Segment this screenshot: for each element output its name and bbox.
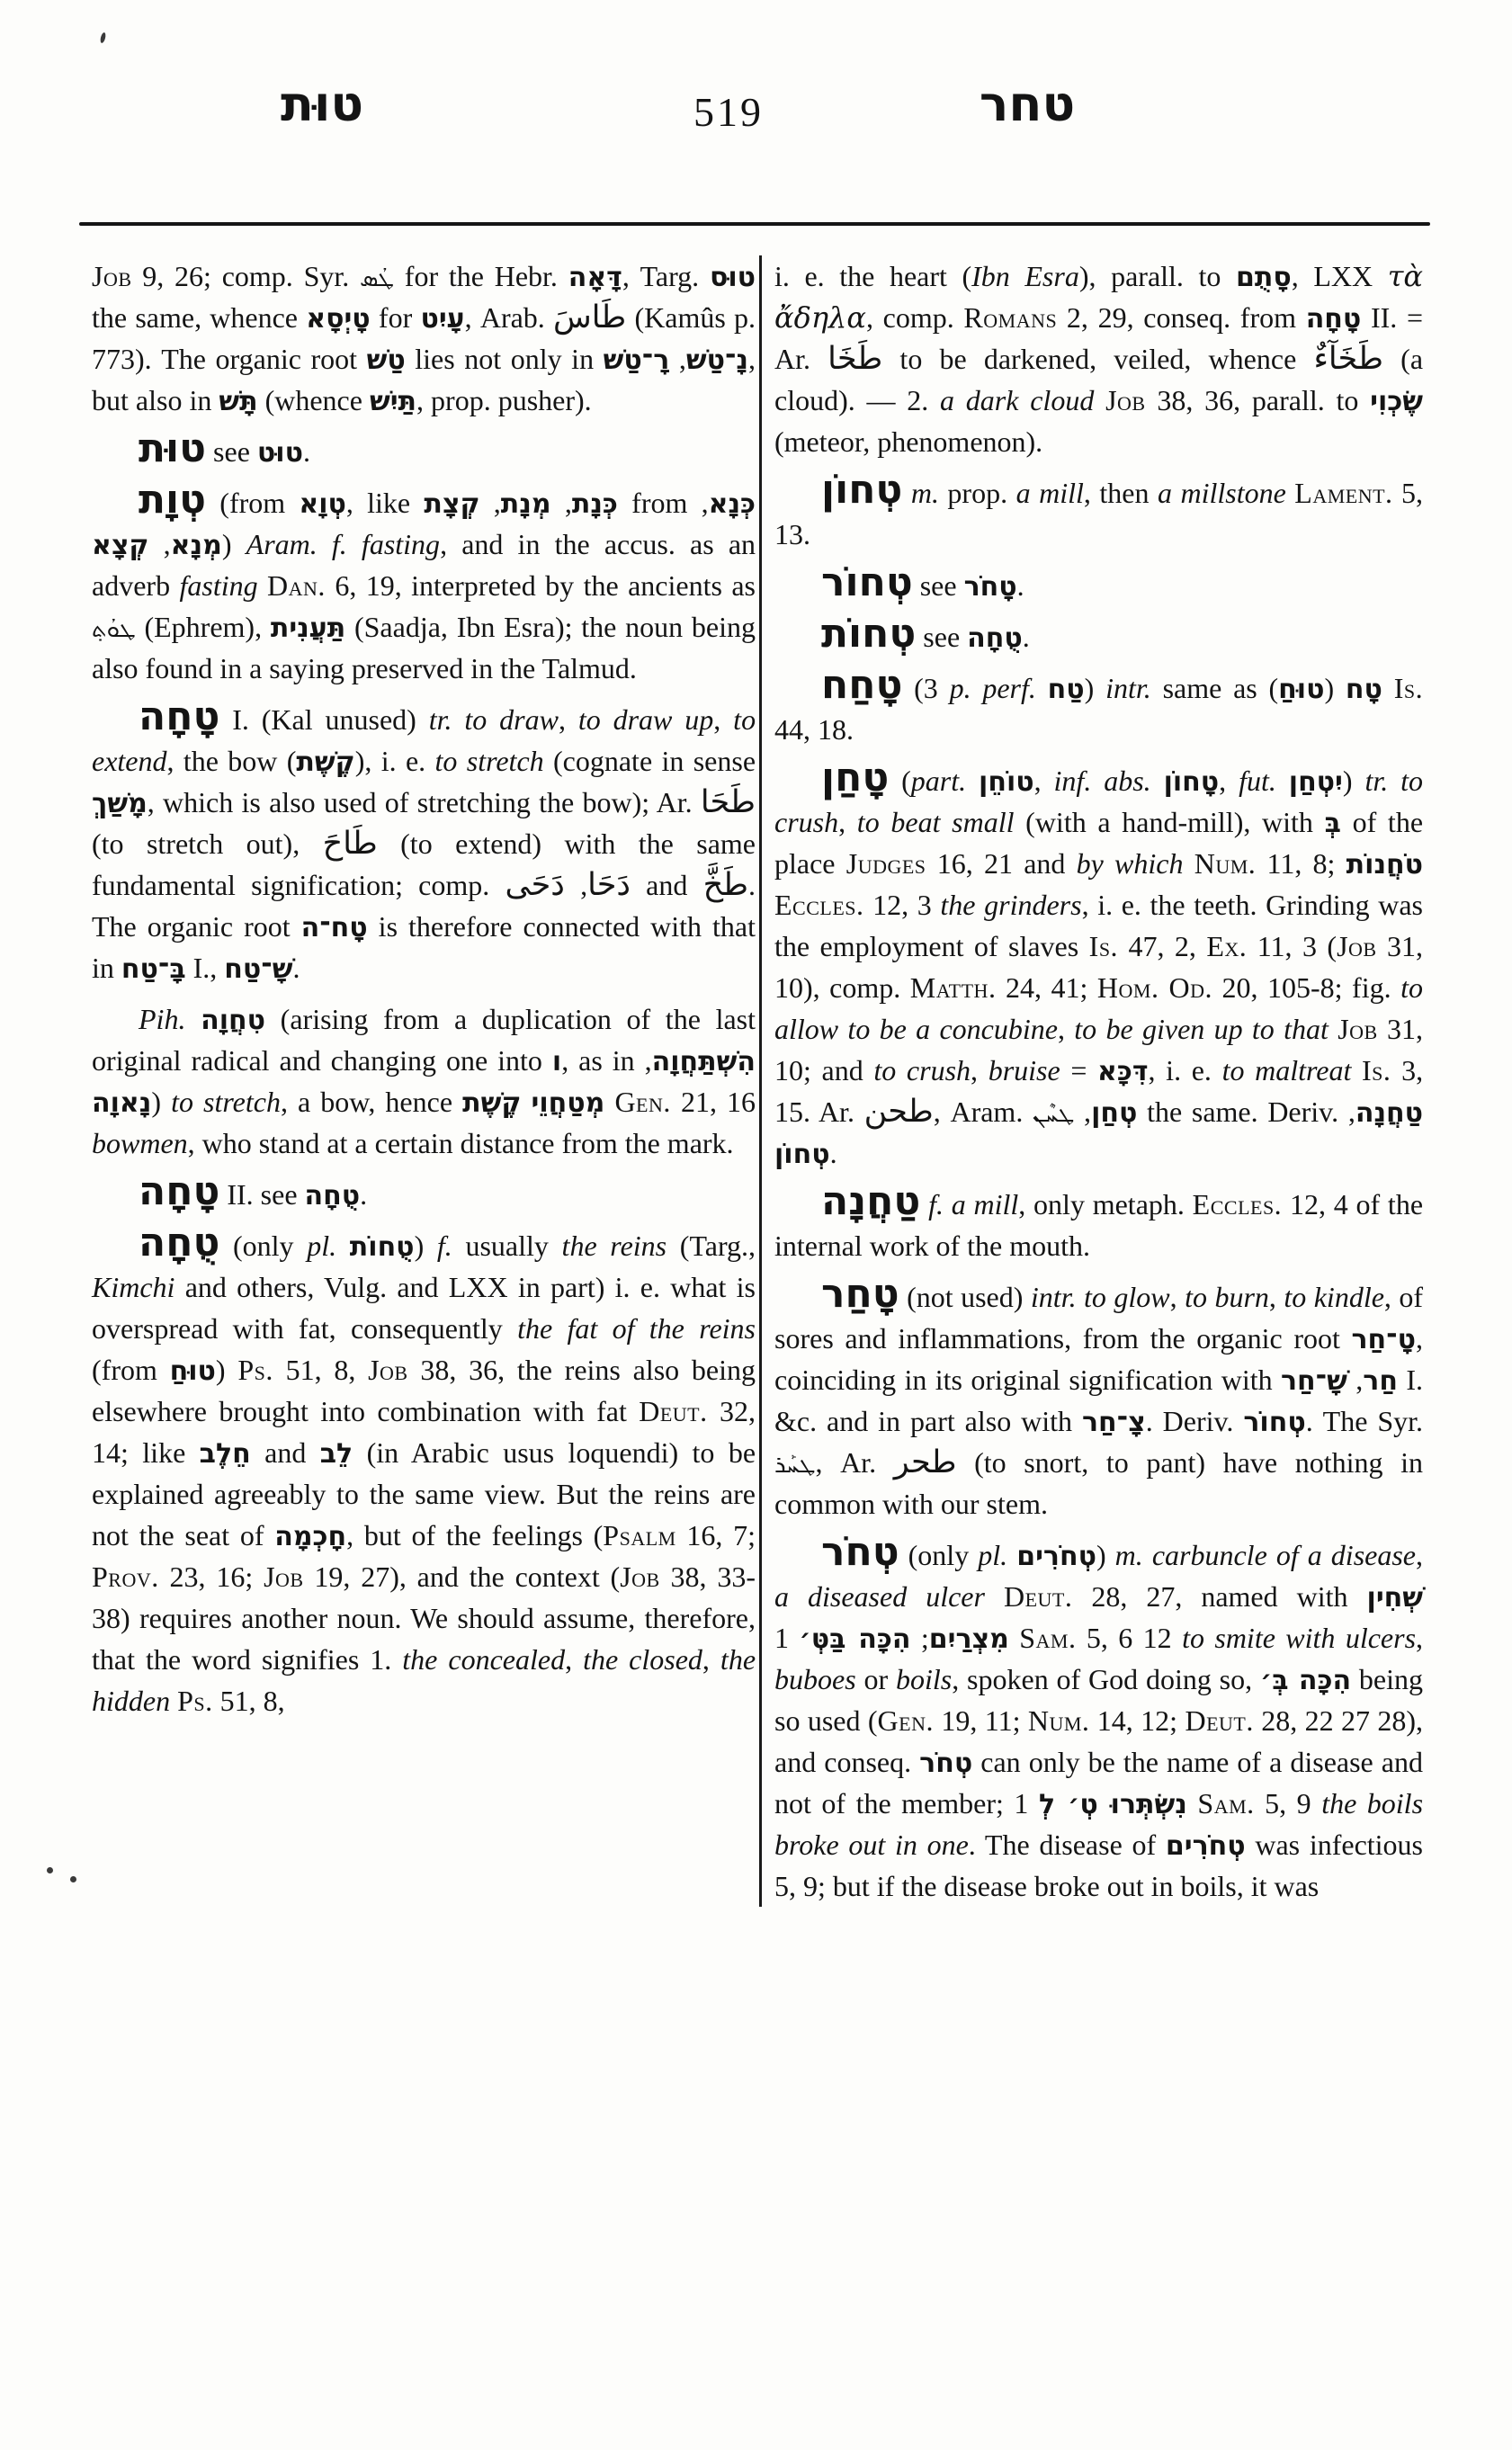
reference-abbrev: Ps. bbox=[177, 1685, 213, 1717]
text-run: (only bbox=[219, 1229, 307, 1262]
text-run: 2, 29, conseq. from bbox=[1057, 301, 1305, 334]
italic-text: a diseased ulcer bbox=[774, 1580, 985, 1613]
text-columns: Job 9, 26; comp. Syr. ܛܳܣ for the Hebr. … bbox=[92, 255, 1423, 1907]
hebrew-word: חֵלֶב bbox=[200, 1438, 251, 1470]
entry-paragraph: Job 9, 26; comp. Syr. ܛܳܣ for the Hebr. … bbox=[92, 255, 756, 421]
entry-paragraph: Pih. טִחֲוָה (arising from a duplication… bbox=[92, 998, 756, 1164]
text-run: , bbox=[971, 1054, 989, 1086]
text-run: 21, 16 bbox=[671, 1086, 756, 1118]
text-run bbox=[1243, 1013, 1252, 1045]
text-run: 20, 105-8; fig. bbox=[1212, 971, 1400, 1004]
italic-text: the grinders bbox=[940, 889, 1081, 921]
entry-paragraph: טָחַח (3 p. perf. טַח) intr. same as טָח… bbox=[774, 667, 1423, 750]
text-run: 6, 19, interpreted by the ancients as bbox=[326, 569, 756, 602]
text-run: , bbox=[1219, 765, 1239, 797]
reference-abbrev: Hom. Od. bbox=[1097, 971, 1212, 1004]
text-run: ) bbox=[222, 528, 246, 560]
text-run: , bbox=[149, 528, 171, 560]
text-run: 5, 9 bbox=[1255, 1787, 1322, 1820]
arabic-word: طَخَا bbox=[828, 341, 882, 377]
text-run: , the bow ( bbox=[167, 745, 297, 777]
text-run: the same. Deriv. bbox=[1137, 1095, 1347, 1128]
text-run: (not used) bbox=[899, 1281, 1031, 1313]
italic-text: bowmen bbox=[92, 1127, 188, 1159]
entry-paragraph: i. e. the heart (Ibn Esra), parall. to ס… bbox=[774, 255, 1423, 462]
reference-abbrev: Matth. bbox=[910, 971, 997, 1004]
text-run: 51, 8, bbox=[273, 1354, 368, 1386]
text-run bbox=[1286, 477, 1295, 509]
text-run: for the Hebr. bbox=[394, 260, 568, 292]
text-run: , Arab. bbox=[465, 301, 553, 334]
entry-paragraph: טָחָה I. (Kal unused) tr. to draw, to dr… bbox=[92, 699, 756, 988]
italic-text: p. perf. bbox=[950, 672, 1036, 704]
hebrew-word: טֻחָה bbox=[967, 622, 1023, 654]
text-run: , bbox=[1034, 765, 1054, 797]
text-run: 9, 26; comp. Syr. bbox=[132, 260, 361, 292]
text-run: lies not only in bbox=[406, 343, 604, 375]
text-run: , bbox=[1416, 1539, 1423, 1571]
entry-paragraph: טְחוֹת see טֻחָה. bbox=[774, 616, 1423, 657]
text-run: , bbox=[702, 1643, 720, 1676]
reference-abbrev: Ex. bbox=[1206, 930, 1247, 962]
italic-text: to beat small bbox=[857, 806, 1015, 838]
hebrew-word: טָח־ה bbox=[301, 912, 368, 943]
hebrew-word: טְחֹר bbox=[919, 1748, 972, 1779]
text-run: ) bbox=[1085, 672, 1105, 704]
text-run bbox=[1094, 384, 1105, 416]
hebrew-headword: טָחַח bbox=[821, 662, 902, 708]
hebrew-word: קֶשֶׁת bbox=[296, 747, 354, 778]
italic-text: fasting bbox=[179, 569, 257, 602]
text-run: II. see bbox=[219, 1178, 304, 1211]
italic-text: the concealed bbox=[402, 1643, 565, 1676]
reference-abbrev: Dan. bbox=[267, 569, 326, 602]
text-run: , spoken of God doing so, bbox=[952, 1663, 1260, 1695]
italic-text: to burn bbox=[1185, 1281, 1269, 1313]
text-run: 19, 11; bbox=[934, 1704, 1028, 1737]
text-run bbox=[966, 765, 979, 797]
hebrew-word: טְחַן bbox=[1091, 1097, 1137, 1129]
hebrew-word: טְוָא bbox=[299, 488, 346, 520]
italic-text: bruise bbox=[989, 1054, 1060, 1086]
arabic-word: دَحَى bbox=[505, 867, 564, 903]
italic-text: pl. bbox=[978, 1539, 1007, 1571]
italic-text: f. a mill bbox=[928, 1188, 1018, 1221]
text-run: , bbox=[645, 1044, 652, 1077]
hebrew-word: חָכְמָה bbox=[274, 1521, 346, 1552]
text-run bbox=[521, 1086, 531, 1118]
hebrew-word: דָּאָה bbox=[568, 262, 622, 293]
text-run bbox=[604, 1086, 614, 1118]
hebrew-word: טַחֲנָה bbox=[1355, 1097, 1423, 1129]
text-run: and bbox=[251, 1436, 320, 1469]
text-run: , prop. pusher). bbox=[416, 384, 592, 416]
hebrew-headword: טָחָה bbox=[139, 1168, 219, 1214]
text-run: 11, 3 ( bbox=[1247, 930, 1337, 962]
text-run: 11, 8; bbox=[1256, 847, 1346, 880]
hebrew-headword: טְחֹר bbox=[821, 1529, 899, 1575]
hebrew-headword: טְחוֹר bbox=[821, 559, 913, 605]
italic-text: Pih. bbox=[139, 1003, 185, 1035]
hebrew-headword: טָחַר bbox=[821, 1271, 899, 1317]
text-run: . bbox=[830, 1137, 837, 1169]
text-run: . The disease of bbox=[969, 1829, 1166, 1861]
hebrew-word: טְחוֹן bbox=[774, 1139, 830, 1170]
reference-abbrev: Sam. bbox=[1197, 1787, 1254, 1820]
hebrew-word: שָׁ־חַר bbox=[1281, 1365, 1347, 1397]
text-run: , then bbox=[1084, 477, 1158, 509]
text-run: (cognate in sense bbox=[544, 745, 756, 777]
italic-text: to that bbox=[1252, 1013, 1329, 1045]
italic-text: tr. to draw bbox=[429, 703, 559, 736]
hebrew-word: שָׁ־טַח bbox=[224, 953, 292, 985]
text-run: ) bbox=[415, 1229, 437, 1262]
reference-abbrev: Eccles. bbox=[1193, 1188, 1283, 1221]
text-run: to be darkened, veiled, whence bbox=[882, 343, 1313, 375]
italic-text: the closed bbox=[583, 1643, 702, 1676]
hebrew-word: תָּשׁ bbox=[219, 386, 257, 417]
hebrew-headword: טָחָה bbox=[139, 693, 219, 739]
text-run: 47, 2, bbox=[1118, 930, 1206, 962]
reference-abbrev: Job bbox=[1105, 384, 1146, 416]
hebrew-word: הִשְׁתַּחֲוָה bbox=[652, 1046, 756, 1077]
reference-abbrev: Prov. bbox=[92, 1560, 159, 1593]
hebrew-word: טוּט bbox=[257, 437, 303, 469]
text-run: , LXX bbox=[1292, 260, 1388, 292]
hebrew-word: מָשַׁךְ bbox=[92, 788, 148, 819]
reference-abbrev: Deut. bbox=[1185, 1704, 1253, 1737]
text-run: = bbox=[1060, 1054, 1097, 1086]
hebrew-word: נִשְׂתְּרוּ טְ׳ לְ bbox=[1039, 1789, 1187, 1820]
text-run: , bbox=[838, 806, 857, 838]
text-run: 28, 27, named with bbox=[1072, 1580, 1366, 1613]
text-run: 14, 12; bbox=[1089, 1704, 1185, 1737]
text-run: , bbox=[565, 869, 587, 901]
text-run: , bbox=[1058, 1013, 1074, 1045]
hebrew-word: טִחֲוָה bbox=[201, 1005, 265, 1036]
entry-paragraph: טְחֹר (only pl. טְחֹרִים) m. carbuncle o… bbox=[774, 1534, 1423, 1907]
text-run: usually bbox=[452, 1229, 562, 1262]
italic-text: to maltreat bbox=[1222, 1054, 1352, 1086]
text-run: ( bbox=[889, 765, 911, 797]
text-run: see bbox=[913, 569, 964, 602]
hebrew-word: ו bbox=[552, 1046, 561, 1077]
text-run: , bbox=[1416, 1622, 1423, 1654]
hebrew-word: טוּס bbox=[710, 262, 756, 293]
text-run bbox=[1329, 1013, 1338, 1045]
text-run: . bbox=[303, 435, 310, 468]
arabic-word: دَحَا bbox=[587, 867, 631, 903]
text-run: 19, 27), and the context ( bbox=[304, 1560, 621, 1593]
entry-paragraph: טְחוֹר see טָחֹר. bbox=[774, 565, 1423, 606]
text-run: 16, 7; bbox=[676, 1519, 756, 1551]
hebrew-word: נָ־טַשׁ bbox=[686, 344, 748, 376]
entry-paragraph: טָחַן (part. טוֹחֵן, inf. abs. טָחוֹן, f… bbox=[774, 760, 1423, 1174]
reference-abbrev: Gen. bbox=[878, 1704, 934, 1737]
reference-abbrev: Job bbox=[264, 1560, 304, 1593]
text-run bbox=[1351, 1054, 1362, 1086]
text-run: 24, 41; bbox=[996, 971, 1096, 1004]
text-run: , who stand at a certain distance from t… bbox=[188, 1127, 734, 1159]
text-run: ), i. e. bbox=[355, 745, 435, 777]
text-run: (Targ., bbox=[667, 1229, 756, 1262]
arabic-word: طَخَّ bbox=[703, 867, 748, 903]
hebrew-word: נָאוָה bbox=[92, 1087, 151, 1119]
text-run: , bbox=[713, 703, 733, 736]
text-run: . Deriv. bbox=[1146, 1405, 1244, 1437]
reference-abbrev: Deut. bbox=[1004, 1580, 1072, 1613]
text-run: see bbox=[206, 435, 257, 468]
hebrew-word: עָיִט bbox=[420, 303, 464, 335]
hebrew-word: טוֹחֵן bbox=[979, 766, 1034, 798]
italic-text: to be given up bbox=[1074, 1013, 1242, 1045]
text-run: 12, 3 bbox=[864, 889, 941, 921]
hebrew-word: טֹחֲנוֹת bbox=[1346, 849, 1423, 881]
text-run: , comp. bbox=[866, 301, 963, 334]
text-run bbox=[170, 1685, 177, 1717]
arabic-word: طحر bbox=[894, 1444, 957, 1480]
text-run: 44, 18. bbox=[774, 713, 854, 746]
hebrew-word: טוּחַ bbox=[170, 1355, 216, 1387]
reference-abbrev: Lament. bbox=[1294, 477, 1392, 509]
italic-text: the reins bbox=[562, 1229, 667, 1262]
text-run: 51, 8, bbox=[213, 1685, 285, 1717]
text-run: , but of the feelings ( bbox=[346, 1519, 603, 1551]
hebrew-word: דִּכָּא bbox=[1097, 1056, 1148, 1087]
entry-paragraph: טוּת see טוּט. bbox=[92, 431, 756, 472]
hebrew-headword: טְוָת bbox=[139, 477, 206, 523]
text-run: prop. bbox=[939, 477, 1016, 509]
hebrew-word: יִטְחַן bbox=[1289, 766, 1343, 798]
page-number: 519 bbox=[0, 90, 1457, 135]
text-run: and bbox=[631, 869, 703, 901]
text-run: , only metaph. bbox=[1018, 1188, 1192, 1221]
hebrew-word: טָח bbox=[1346, 674, 1382, 705]
italic-text: intr. to glow bbox=[1031, 1281, 1170, 1313]
text-run: i. e. the heart ( bbox=[774, 260, 971, 292]
hebrew-word: רָ־טַשׁ bbox=[604, 344, 670, 376]
italic-text: Ibn Esra bbox=[971, 260, 1079, 292]
italic-text: part. bbox=[911, 765, 966, 797]
dictionary-page: טוּת 519 טחר Job 9, 26; comp. Syr. ܛܳܣ f… bbox=[0, 0, 1512, 2450]
text-run bbox=[258, 569, 267, 602]
text-run: , Aram. bbox=[934, 1095, 1033, 1128]
hebrew-word: מְנָא bbox=[171, 530, 222, 561]
reference-abbrev: Job bbox=[620, 1560, 660, 1593]
hebrew-word: טוּחַ bbox=[1278, 674, 1324, 705]
text-run: , like bbox=[346, 487, 424, 519]
text-run: (only bbox=[899, 1539, 979, 1571]
reference-abbrev: Job bbox=[368, 1354, 408, 1386]
hebrew-word: מְנָת bbox=[501, 488, 551, 520]
hebrew-word: קֶשֶׁת bbox=[462, 1087, 521, 1119]
text-run: ( bbox=[1324, 672, 1345, 704]
hebrew-word: טַח bbox=[1048, 674, 1085, 705]
text-run: (whence bbox=[258, 384, 370, 416]
reference-abbrev: Deut. bbox=[639, 1395, 707, 1427]
text-run bbox=[920, 1188, 928, 1221]
reference-abbrev: Is. bbox=[1089, 930, 1118, 962]
hebrew-word: כְּנָא bbox=[709, 488, 756, 520]
text-run: , bbox=[669, 343, 686, 375]
italic-text: to stretch bbox=[435, 745, 544, 777]
hebrew-headword: טוּת bbox=[139, 425, 206, 471]
italic-text: to kindle bbox=[1284, 1281, 1384, 1313]
text-run: , Targ. bbox=[622, 260, 710, 292]
entry-paragraph: טָחַר (not used) intr. to glow, to burn,… bbox=[774, 1276, 1423, 1525]
italic-text: Aram. f. fasting bbox=[246, 528, 440, 560]
text-run: , which is also used of stretching the b… bbox=[148, 786, 701, 818]
text-run: , bbox=[1170, 1281, 1185, 1313]
text-run bbox=[1036, 672, 1048, 704]
hebrew-word: טָחוֹן bbox=[1164, 766, 1220, 798]
text-run: , a bow, hence bbox=[281, 1086, 462, 1118]
text-run: . The Syr. bbox=[1306, 1405, 1423, 1437]
text-run: 5, 6 12 bbox=[1076, 1622, 1182, 1654]
hebrew-word: בָּ־טַח bbox=[121, 953, 186, 985]
text-run: ) bbox=[151, 1086, 171, 1118]
italic-text: a dark cloud bbox=[940, 384, 1094, 416]
hebrew-word: בְּ bbox=[1325, 808, 1341, 839]
hebrew-word: חַר bbox=[1363, 1365, 1398, 1397]
text-run: , Ar. bbox=[815, 1446, 893, 1479]
text-run: (3 bbox=[902, 672, 949, 704]
text-run bbox=[1276, 765, 1289, 797]
text-run: , bbox=[565, 1643, 583, 1676]
reference-abbrev: Gen. bbox=[614, 1086, 670, 1118]
italic-text: Kimchi bbox=[92, 1271, 174, 1303]
hebrew-word: טֻחָה bbox=[305, 1180, 361, 1212]
hebrew-word: שֶׂכְוִי bbox=[1370, 386, 1423, 417]
reference-abbrev: Is. bbox=[1362, 1054, 1391, 1086]
hebrew-word: טַשׁ bbox=[367, 344, 406, 376]
italic-text: buboes bbox=[774, 1663, 856, 1695]
hebrew-word: טְחֹרִים bbox=[1166, 1830, 1246, 1862]
italic-text: by which bbox=[1077, 847, 1184, 880]
text-run: ), parall. to bbox=[1079, 260, 1236, 292]
reference-abbrev: Psalm bbox=[603, 1519, 675, 1551]
running-head-keyword-right: טחר bbox=[928, 77, 1126, 131]
text-run: ) bbox=[1343, 765, 1365, 797]
text-run bbox=[902, 477, 911, 509]
text-run: 38, 36, parall. to bbox=[1146, 384, 1371, 416]
text-run: , i. e. bbox=[1149, 1054, 1222, 1086]
hebrew-word: קְצָת bbox=[424, 488, 479, 520]
text-run bbox=[985, 1580, 1004, 1613]
hebrew-word: סָתֻם bbox=[1236, 262, 1292, 293]
text-run: see bbox=[916, 621, 967, 653]
text-run bbox=[1151, 765, 1164, 797]
arabic-word: طَاسَ bbox=[553, 300, 626, 335]
reference-abbrev: Eccles. bbox=[774, 889, 864, 921]
right-column: i. e. the heart (Ibn Esra), parall. to ס… bbox=[762, 255, 1423, 1907]
hebrew-headword: טְחוֹת bbox=[821, 611, 916, 657]
hebrew-word: צָ־חַר bbox=[1082, 1407, 1146, 1438]
text-run bbox=[1007, 1539, 1016, 1571]
reference-abbrev: Job bbox=[1337, 930, 1377, 962]
text-run: 16, 21 and bbox=[926, 847, 1077, 880]
text-run: . bbox=[1023, 621, 1030, 653]
text-run: (Ephrem), bbox=[136, 611, 271, 643]
text-run: , bbox=[702, 487, 709, 519]
hebrew-word: טְחוֹר bbox=[1243, 1407, 1305, 1438]
scan-artifact bbox=[70, 1876, 76, 1882]
text-run: , bbox=[551, 487, 572, 519]
reference-abbrev: Num. bbox=[1194, 847, 1257, 880]
text-run bbox=[1184, 847, 1194, 880]
text-run: ; bbox=[910, 1622, 928, 1654]
hebrew-word: טָחֹר bbox=[964, 571, 1017, 603]
hebrew-word: טֻחוֹת bbox=[350, 1231, 415, 1263]
syriac-word: ܛܘܳܬ݂ bbox=[92, 616, 136, 643]
hebrew-word: טָיְסָא bbox=[306, 303, 370, 335]
reference-abbrev: Judges bbox=[846, 847, 926, 880]
syriac-word: ܛܚܶܢ bbox=[1033, 1101, 1074, 1128]
text-run: (from bbox=[206, 487, 299, 519]
hebrew-word: תַּעֲנִית bbox=[271, 612, 345, 644]
text-run: 23, 16; bbox=[159, 1560, 264, 1593]
hebrew-word: כְּנָת bbox=[572, 488, 618, 520]
italic-text: fut. bbox=[1239, 765, 1276, 797]
header-rule bbox=[79, 222, 1430, 226]
text-run bbox=[185, 1003, 201, 1035]
text-run: , bbox=[1347, 1364, 1363, 1396]
reference-abbrev: Romans bbox=[963, 301, 1057, 334]
reference-abbrev: Job bbox=[92, 260, 132, 292]
text-run: (meteor, phenomenon). bbox=[774, 425, 1042, 458]
text-run: , bbox=[1074, 1095, 1091, 1128]
italic-text: to smite with ulcers bbox=[1182, 1622, 1416, 1654]
italic-text: to stretch bbox=[171, 1086, 281, 1118]
reference-abbrev: Is. bbox=[1394, 672, 1423, 704]
text-run: (with a hand-mill), with bbox=[1014, 806, 1324, 838]
syriac-word: ܛܚܰܪ bbox=[774, 1452, 815, 1479]
italic-text: to draw up bbox=[578, 703, 713, 736]
text-run: (to stretch out), bbox=[92, 827, 323, 860]
text-run: I., bbox=[186, 952, 225, 984]
entry-paragraph: טַחֲנָה f. a mill, only metaph. Eccles. … bbox=[774, 1184, 1423, 1266]
left-column: Job 9, 26; comp. Syr. ܛܳܣ for the Hebr. … bbox=[92, 255, 756, 1907]
text-run: (from bbox=[92, 1354, 170, 1386]
text-run: , bbox=[1348, 1095, 1355, 1128]
entry-paragraph: טְוָת (from טְוָא, like כְּנָת, מְנָת, ק… bbox=[92, 482, 756, 689]
entry-paragraph: טְחוֹן m. prop. a mill, then a millstone… bbox=[774, 472, 1423, 555]
arabic-word: طَخَآءٌ bbox=[1313, 341, 1383, 377]
text-run: , as in bbox=[561, 1044, 644, 1077]
arabic-word: طَاحَ bbox=[323, 826, 378, 862]
entry-paragraph: טָחָה II. see טֻחָה. bbox=[92, 1174, 756, 1215]
italic-text: a mill bbox=[1016, 477, 1084, 509]
hebrew-word: טָחָה bbox=[1306, 303, 1362, 335]
text-run: same as bbox=[1151, 672, 1269, 704]
text-run bbox=[336, 1229, 350, 1262]
reference-abbrev: Ps. bbox=[237, 1354, 273, 1386]
hebrew-headword: טֻחָה bbox=[139, 1220, 219, 1265]
italic-text: a millstone bbox=[1158, 477, 1286, 509]
reference-abbrev: Num. bbox=[1028, 1704, 1090, 1737]
hebrew-word: לֵב bbox=[320, 1438, 353, 1470]
scan-artifact bbox=[100, 32, 107, 44]
hebrew-word: טְחֹרִים bbox=[1016, 1541, 1096, 1572]
arabic-word: طحن bbox=[864, 1094, 934, 1130]
italic-text: m. bbox=[911, 477, 939, 509]
text-run: for bbox=[371, 301, 421, 334]
hebrew-word: קְצָא bbox=[92, 530, 149, 561]
reference-abbrev: Sam. bbox=[1019, 1622, 1076, 1654]
text-run: . bbox=[360, 1178, 367, 1211]
text-run: , bbox=[480, 487, 501, 519]
entry-paragraph: טֻחָה (only pl. טֻחוֹת) f. usually the r… bbox=[92, 1225, 756, 1721]
